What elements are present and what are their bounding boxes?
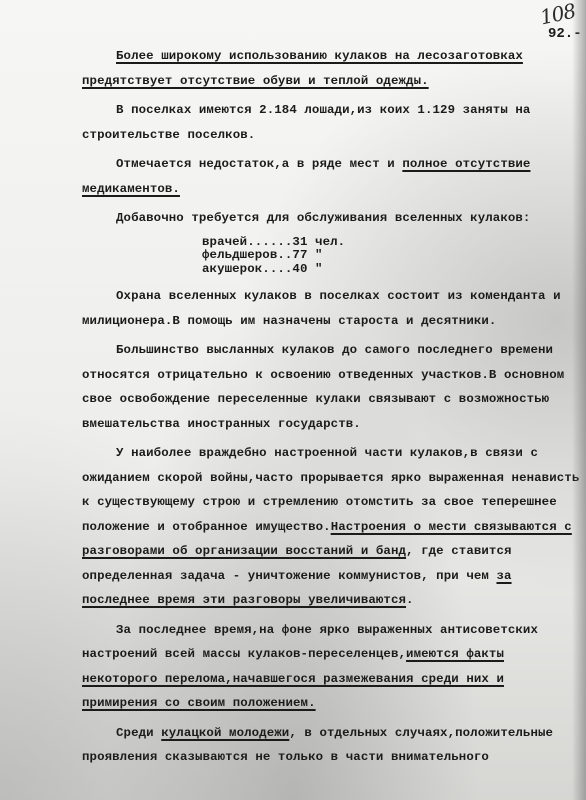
staff-row: фельдшеров..77 "	[202, 249, 582, 263]
paragraph-p8: За последнее время,на фоне ярко выраженн…	[82, 618, 582, 716]
scanned-document-page: 108 92.- Более широкому использованию ку…	[0, 0, 586, 800]
paragraphs-before-list: Более широкому использованию кулаков на …	[82, 44, 582, 231]
paragraph-p2: В поселках имеются 2.184 лошади,из коих …	[82, 98, 582, 147]
underlined-text: Более широкому использованию кулаков на …	[82, 49, 523, 88]
text-segment: .	[406, 593, 414, 607]
text-segment: Большинство высланных кулаков до самого …	[82, 343, 564, 431]
paragraph-p4: Добавочно требуется для обслуживания все…	[82, 206, 582, 231]
document-body: Более широкому использованию кулаков на …	[82, 44, 582, 775]
paragraph-p9: Среди кулацкой молодежи, в отдельных слу…	[82, 721, 582, 770]
paragraph-p1: Более широкому использованию кулаков на …	[82, 44, 582, 93]
paragraph-p7: У наиболее враждебно настроенной части к…	[82, 441, 582, 613]
text-segment: Охрана вселенных кулаков в поселках сост…	[82, 289, 561, 328]
paragraph-p5: Охрана вселенных кулаков в поселках сост…	[82, 284, 582, 333]
staff-row: врачей......31 чел.	[202, 236, 582, 250]
paragraphs-after-list: Охрана вселенных кулаков в поселках сост…	[82, 284, 582, 770]
staff-row: акушерок....40 "	[202, 263, 582, 277]
paragraph-p6: Большинство высланных кулаков до самого …	[82, 338, 582, 436]
paragraph-p3: Отмечается недостаток,а в ряде мест и по…	[82, 152, 582, 201]
handwritten-folio-number: 108	[538, 0, 577, 29]
text-segment: Среди	[116, 726, 161, 740]
staff-requirements-list: врачей......31 чел.фельдшеров..77 "акуше…	[202, 236, 582, 277]
text-segment: В поселках имеются 2.184 лошади,из коих …	[82, 103, 530, 142]
underlined-text: кулацкой молодежи	[161, 726, 289, 740]
text-segment: Отмечается недостаток,а в ряде мест и	[116, 157, 402, 171]
text-segment: Добавочно требуется для обслуживания все…	[116, 211, 530, 225]
typed-page-number: 92.-	[548, 26, 582, 42]
